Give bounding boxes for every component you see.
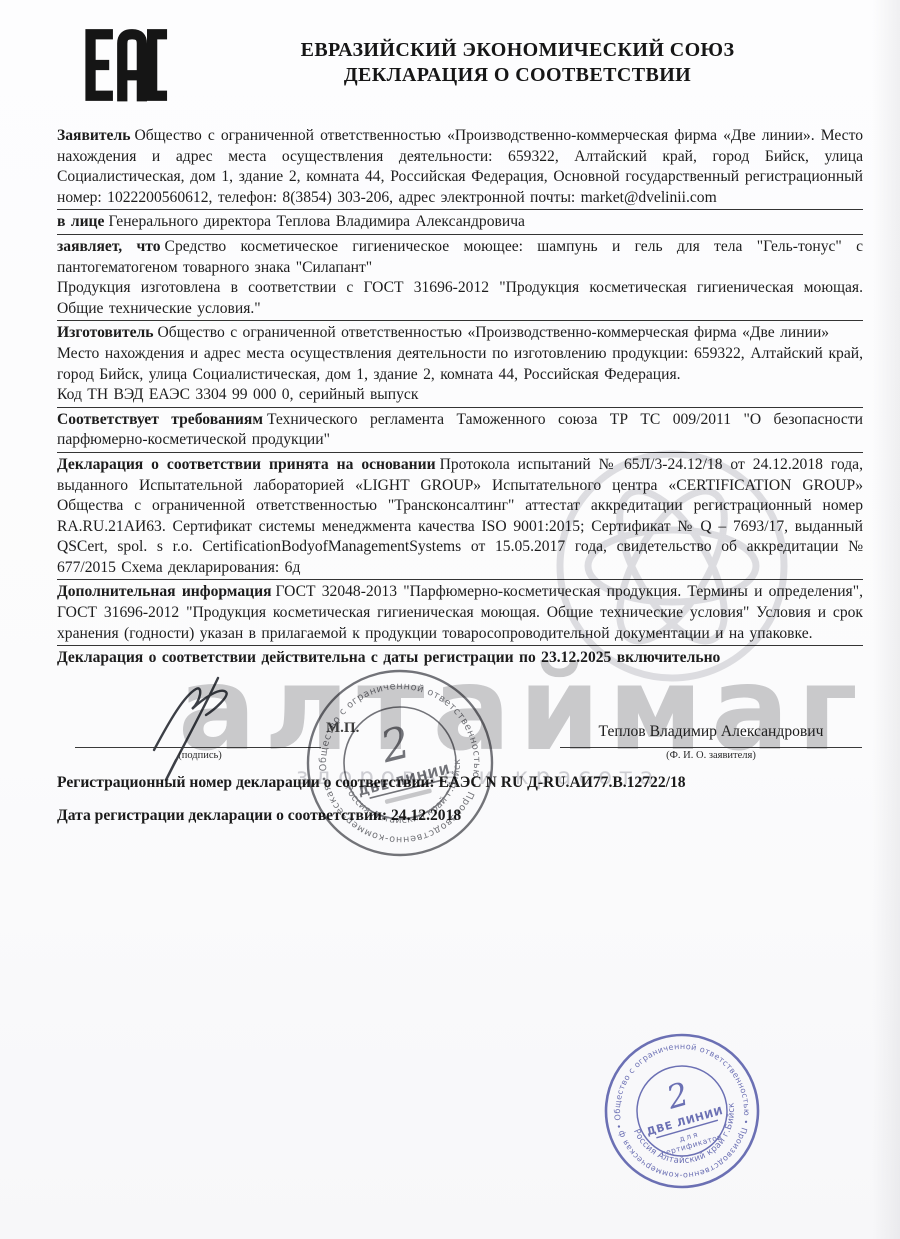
basis-paragraph: Декларация о соответствии принята на осн… (57, 455, 863, 579)
eac-letter-a (122, 34, 142, 101)
handwritten-signature (140, 676, 260, 788)
applicant-text: Общество с ограниченной ответственностью… (57, 127, 863, 206)
applicant-label: Заявитель (57, 127, 134, 144)
manufacturer-address: Место нахождения и адрес места осуществл… (57, 344, 863, 385)
manufacturer-tnved: Код ТН ВЭД ЕАЭС 3304 99 000 0, серийный … (57, 385, 863, 406)
name-caption: (Ф. И. О. заявителя) (560, 750, 862, 761)
manufacturer-paragraph: ИзготовительОбщество с ограниченной отве… (57, 323, 863, 344)
manufacturer-label: Изготовитель (57, 324, 158, 341)
declares-paragraph: заявляет, чтоСредство косметическое гиги… (57, 237, 863, 278)
eac-logo (84, 26, 168, 109)
complies-label: Соответствует требованиям (57, 411, 267, 428)
signature-caption: (подпись) (140, 750, 260, 761)
applicant-name: Теплов Владимир Александрович (560, 723, 862, 741)
basis-label: Декларация о соответствии принята на осн… (57, 456, 440, 473)
divider (57, 407, 863, 408)
swan-logo: 2 (375, 717, 415, 774)
name-line (560, 747, 862, 748)
divider (57, 452, 863, 453)
title-line-1: ЕВРАЗИЙСКИЙ ЭКОНОМИЧЕСКИЙ СОЮЗ (205, 38, 830, 63)
divider (57, 320, 863, 321)
company-stamp-blue: • Общество с ограниченной ответственност… (577, 1006, 787, 1216)
complies-paragraph: Соответствует требованиямТехнического ре… (57, 410, 863, 451)
document-title: ЕВРАЗИЙСКИЙ ЭКОНОМИЧЕСКИЙ СОЮЗ ДЕКЛАРАЦИ… (205, 38, 830, 88)
in-person-text: Генерального директора Теплова Владимира… (108, 213, 525, 230)
company-stamp-gray: • Общество с ограниченной ответственност… (279, 642, 521, 884)
in-person-line: в лицеГенерального директора Теплова Вла… (57, 212, 863, 233)
declares-gost-paragraph: Продукция изготовлена в соответствии с Г… (57, 278, 863, 319)
declares-label: заявляет, что (57, 238, 165, 255)
additional-paragraph: Дополнительная информацияГОСТ 32048-2013… (57, 582, 863, 644)
signature-line (75, 747, 321, 748)
document-body: ЗаявительОбщество с ограниченной ответст… (57, 126, 863, 669)
divider (57, 209, 863, 210)
eac-letter-e (91, 34, 113, 96)
manufacturer-text: Общество с ограниченной ответственностью… (158, 324, 830, 341)
title-line-2: ДЕКЛАРАЦИЯ О СООТВЕТСТВИИ (205, 63, 830, 88)
declares-text: Средство косметическое гигиеническое мою… (57, 238, 863, 276)
divider (57, 234, 863, 235)
in-person-label: в лице (57, 213, 108, 230)
additional-label: Дополнительная информация (57, 583, 276, 600)
divider (57, 579, 863, 580)
basis-text: Протокола испытаний № 65Л/3-24.12/18 от … (57, 456, 863, 576)
document-page: ЕВРАЗИЙСКИЙ ЭКОНОМИЧЕСКИЙ СОЮЗ ДЕКЛАРАЦИ… (0, 0, 900, 1239)
eac-letter-c (152, 34, 167, 96)
scan-edge-shade (872, 0, 900, 1239)
swan-logo: 2 (662, 1075, 693, 1117)
applicant-paragraph: ЗаявительОбщество с ограниченной ответст… (57, 126, 863, 208)
